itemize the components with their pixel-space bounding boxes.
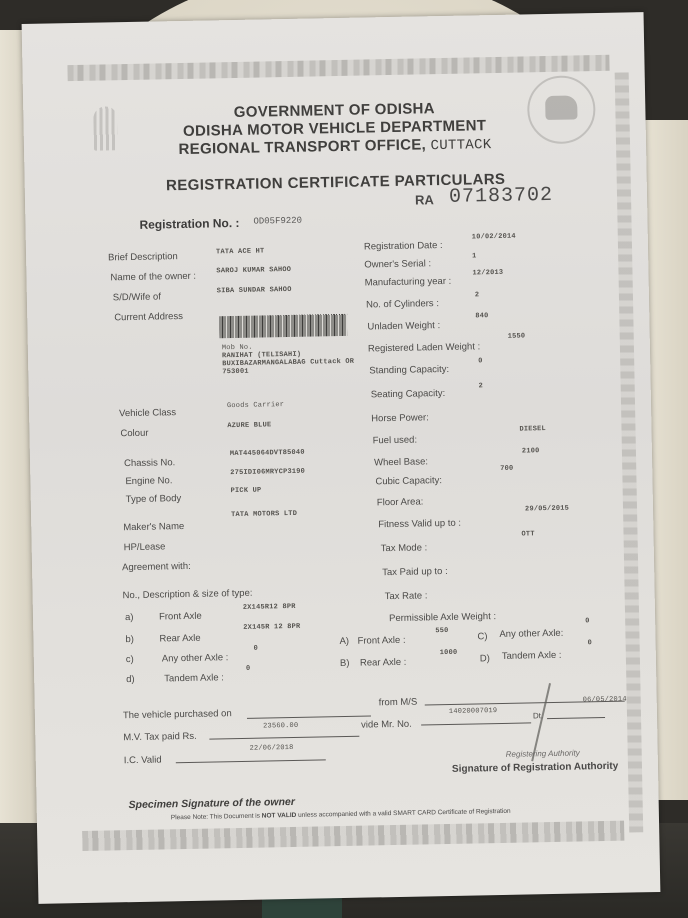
owner-specimen-signature-label: Specimen Signature of the owner (129, 796, 295, 811)
tax-mode-label: Tax Mode : (381, 542, 428, 554)
registration-date-label: Registration Date : (364, 240, 443, 253)
fitness-valid-label: Fitness Valid up to : (378, 518, 461, 531)
seating-capacity-value: 2 (479, 382, 484, 390)
axle-weight-heading: Permissible Axle Weight : (389, 611, 496, 624)
ra-number: 07183702 (449, 184, 553, 209)
authority-signature-label: Signature of Registration Authority (452, 761, 618, 775)
security-border-right (615, 72, 644, 832)
dt-line (547, 717, 605, 719)
note-suffix: unless accompanied with a valid SMART CA… (296, 808, 510, 819)
body-type-label: Type of Body (126, 493, 182, 505)
mv-tax-label: M.V. Tax paid Rs. (123, 731, 197, 743)
vide-mr-line (421, 722, 531, 725)
standing-capacity-label: Standing Capacity: (369, 364, 449, 377)
ra-prefix: RA (415, 192, 434, 207)
tyre-row-a-value: 2X145R12 8PR (243, 603, 296, 612)
tyre-row-c-index: c) (126, 654, 134, 665)
chassis-number-value: MAT445064DVT85040 (230, 449, 305, 458)
purchased-on-label: The vehicle purchased on (123, 708, 232, 721)
tyre-row-b-index: b) (125, 634, 134, 645)
tax-mode-value: OTT (521, 530, 534, 538)
axle-weight-a-value: 550 (435, 627, 448, 635)
tax-paid-upto-label: Tax Paid up to : (382, 566, 448, 578)
horse-power-label: Horse Power: (371, 412, 429, 424)
registration-number-value: OD05F9220 (253, 216, 302, 227)
tyre-row-c-label: Any other Axle : (162, 652, 229, 664)
axle-weight-c-value: 0 (585, 617, 590, 625)
ic-valid-line (176, 759, 326, 763)
document-title: REGISTRATION CERTIFICATE PARTICULARS (25, 168, 647, 197)
vehicle-class-label: Vehicle Class (119, 407, 176, 419)
maker-name-label: Maker's Name (123, 521, 184, 533)
owner-name-label: Name of the owner : (110, 271, 196, 284)
cubic-capacity-value: 700 (500, 465, 513, 473)
cylinders-value: 2 (475, 291, 480, 299)
unladen-weight-label: Unladen Weight : (367, 320, 440, 332)
axle-weight-a-label: Front Axle : (357, 635, 405, 647)
registration-date-value: 10/02/2014 (472, 233, 516, 242)
dt-value: 06/05/2014 (583, 696, 627, 705)
vide-mr-label: vide Mr. No. (361, 719, 412, 731)
note-prefix: Please Note: This Document is (171, 813, 262, 822)
wheel-base-value: 2100 (522, 447, 540, 455)
cubic-capacity-label: Cubic Capacity: (375, 475, 442, 487)
agreement-label: Agreement with: (122, 561, 191, 573)
standing-capacity-value: 0 (478, 357, 483, 365)
mv-tax-line (209, 736, 359, 740)
tyre-row-d-index: d) (126, 674, 135, 685)
mv-tax-value: 23560.00 (263, 722, 298, 731)
engine-number-label: Engine No. (125, 475, 172, 487)
brief-description-label: Brief Description (108, 251, 178, 263)
unladen-weight-value: 840 (475, 312, 488, 320)
tyre-row-c-value: 0 (254, 645, 259, 653)
validity-note: Please Note: This Document is NOT VALID … (171, 808, 511, 822)
seating-capacity-label: Seating Capacity: (371, 388, 446, 400)
header-office-city: CUTTACK (430, 137, 491, 154)
tyre-row-d-value: 0 (246, 665, 251, 673)
ic-valid-label: I.C. Valid (124, 755, 162, 767)
address-pincode: 753001 (222, 368, 249, 377)
vide-mr-value: 14020007019 (449, 707, 498, 716)
owner-serial-label: Owner's Serial : (364, 258, 431, 270)
tyre-description-heading: No., Description & size of type: (122, 588, 252, 601)
header-office-prefix: REGIONAL TRANSPORT OFFICE, (178, 136, 430, 158)
colour-value: AZURE BLUE (227, 421, 271, 430)
brief-description-value: TATA ACE HT (216, 247, 265, 256)
axle-weight-a-index: A) (339, 636, 349, 647)
registration-certificate-document: GOVERNMENT OF ODISHA ODISHA MOTOR VEHICL… (22, 12, 661, 904)
tyre-row-b-label: Rear Axle (159, 633, 200, 645)
tyre-row-a-index: a) (125, 612, 134, 623)
axle-weight-c-label: Any other Axle: (499, 628, 563, 640)
registration-number-label: Registration No. : (139, 216, 239, 232)
barcode-icon (219, 314, 347, 338)
axle-weight-b-index: B) (340, 658, 350, 669)
relation-value: SIBA SUNDAR SAHOO (217, 286, 292, 295)
tyre-row-d-label: Tandem Axle : (164, 672, 224, 684)
purchased-on-line (247, 715, 371, 718)
manufacturing-year-label: Manufacturing year : (365, 276, 452, 289)
wheel-base-label: Wheel Base: (374, 456, 428, 468)
owner-serial-value: 1 (472, 252, 477, 260)
laden-weight-label: Registered Laden Weight : (368, 341, 481, 354)
tyre-row-a-label: Front Axle (159, 611, 202, 623)
vehicle-class-value: Goods Carrier (227, 401, 284, 410)
floor-area-label: Floor Area: (377, 496, 424, 508)
fuel-used-value: DIESEL (519, 425, 546, 434)
laden-weight-value: 1550 (508, 332, 526, 340)
tax-rate-label: Tax Rate : (385, 590, 428, 602)
signature-handwriting: Registering Authority (506, 748, 580, 758)
security-border-bottom (82, 821, 624, 851)
hp-lease-label: HP/Lease (124, 541, 166, 553)
fitness-valid-value: 29/05/2015 (525, 505, 569, 514)
manufacturing-year-value: 12/2013 (472, 269, 503, 278)
note-not-valid: NOT VALID (262, 812, 297, 820)
ic-valid-value: 22/06/2018 (249, 744, 293, 753)
security-border-top (67, 55, 609, 81)
relation-label: S/D/Wife of (113, 291, 161, 303)
from-ms-label: from M/S (379, 697, 418, 709)
body-type-value: PICK UP (231, 487, 262, 496)
owner-name-value: SAROJ KUMAR SAHOO (216, 266, 291, 275)
maker-name-value: TATA MOTORS LTD (231, 510, 297, 519)
fuel-used-label: Fuel used: (373, 435, 418, 447)
current-address-label: Current Address (114, 311, 183, 323)
address-line-2: BUXIBAZARMANGALABAG Cuttack OR (222, 358, 354, 369)
axle-weight-b-label: Rear Axle : (360, 657, 407, 669)
axle-weight-d-index: D) (480, 653, 490, 664)
chassis-number-label: Chassis No. (124, 457, 175, 469)
axle-weight-b-value: 1000 (440, 649, 458, 657)
colour-label: Colour (120, 428, 148, 440)
axle-weight-d-label: Tandem Axle : (502, 650, 562, 662)
axle-weight-c-index: C) (477, 631, 487, 642)
axle-weight-d-value: 0 (588, 639, 593, 647)
engine-number-value: 275IDI06MRYCP3190 (230, 468, 305, 477)
tyre-row-b-value: 2X145R 12 8PR (243, 623, 300, 632)
cylinders-label: No. of Cylinders : (366, 298, 439, 310)
